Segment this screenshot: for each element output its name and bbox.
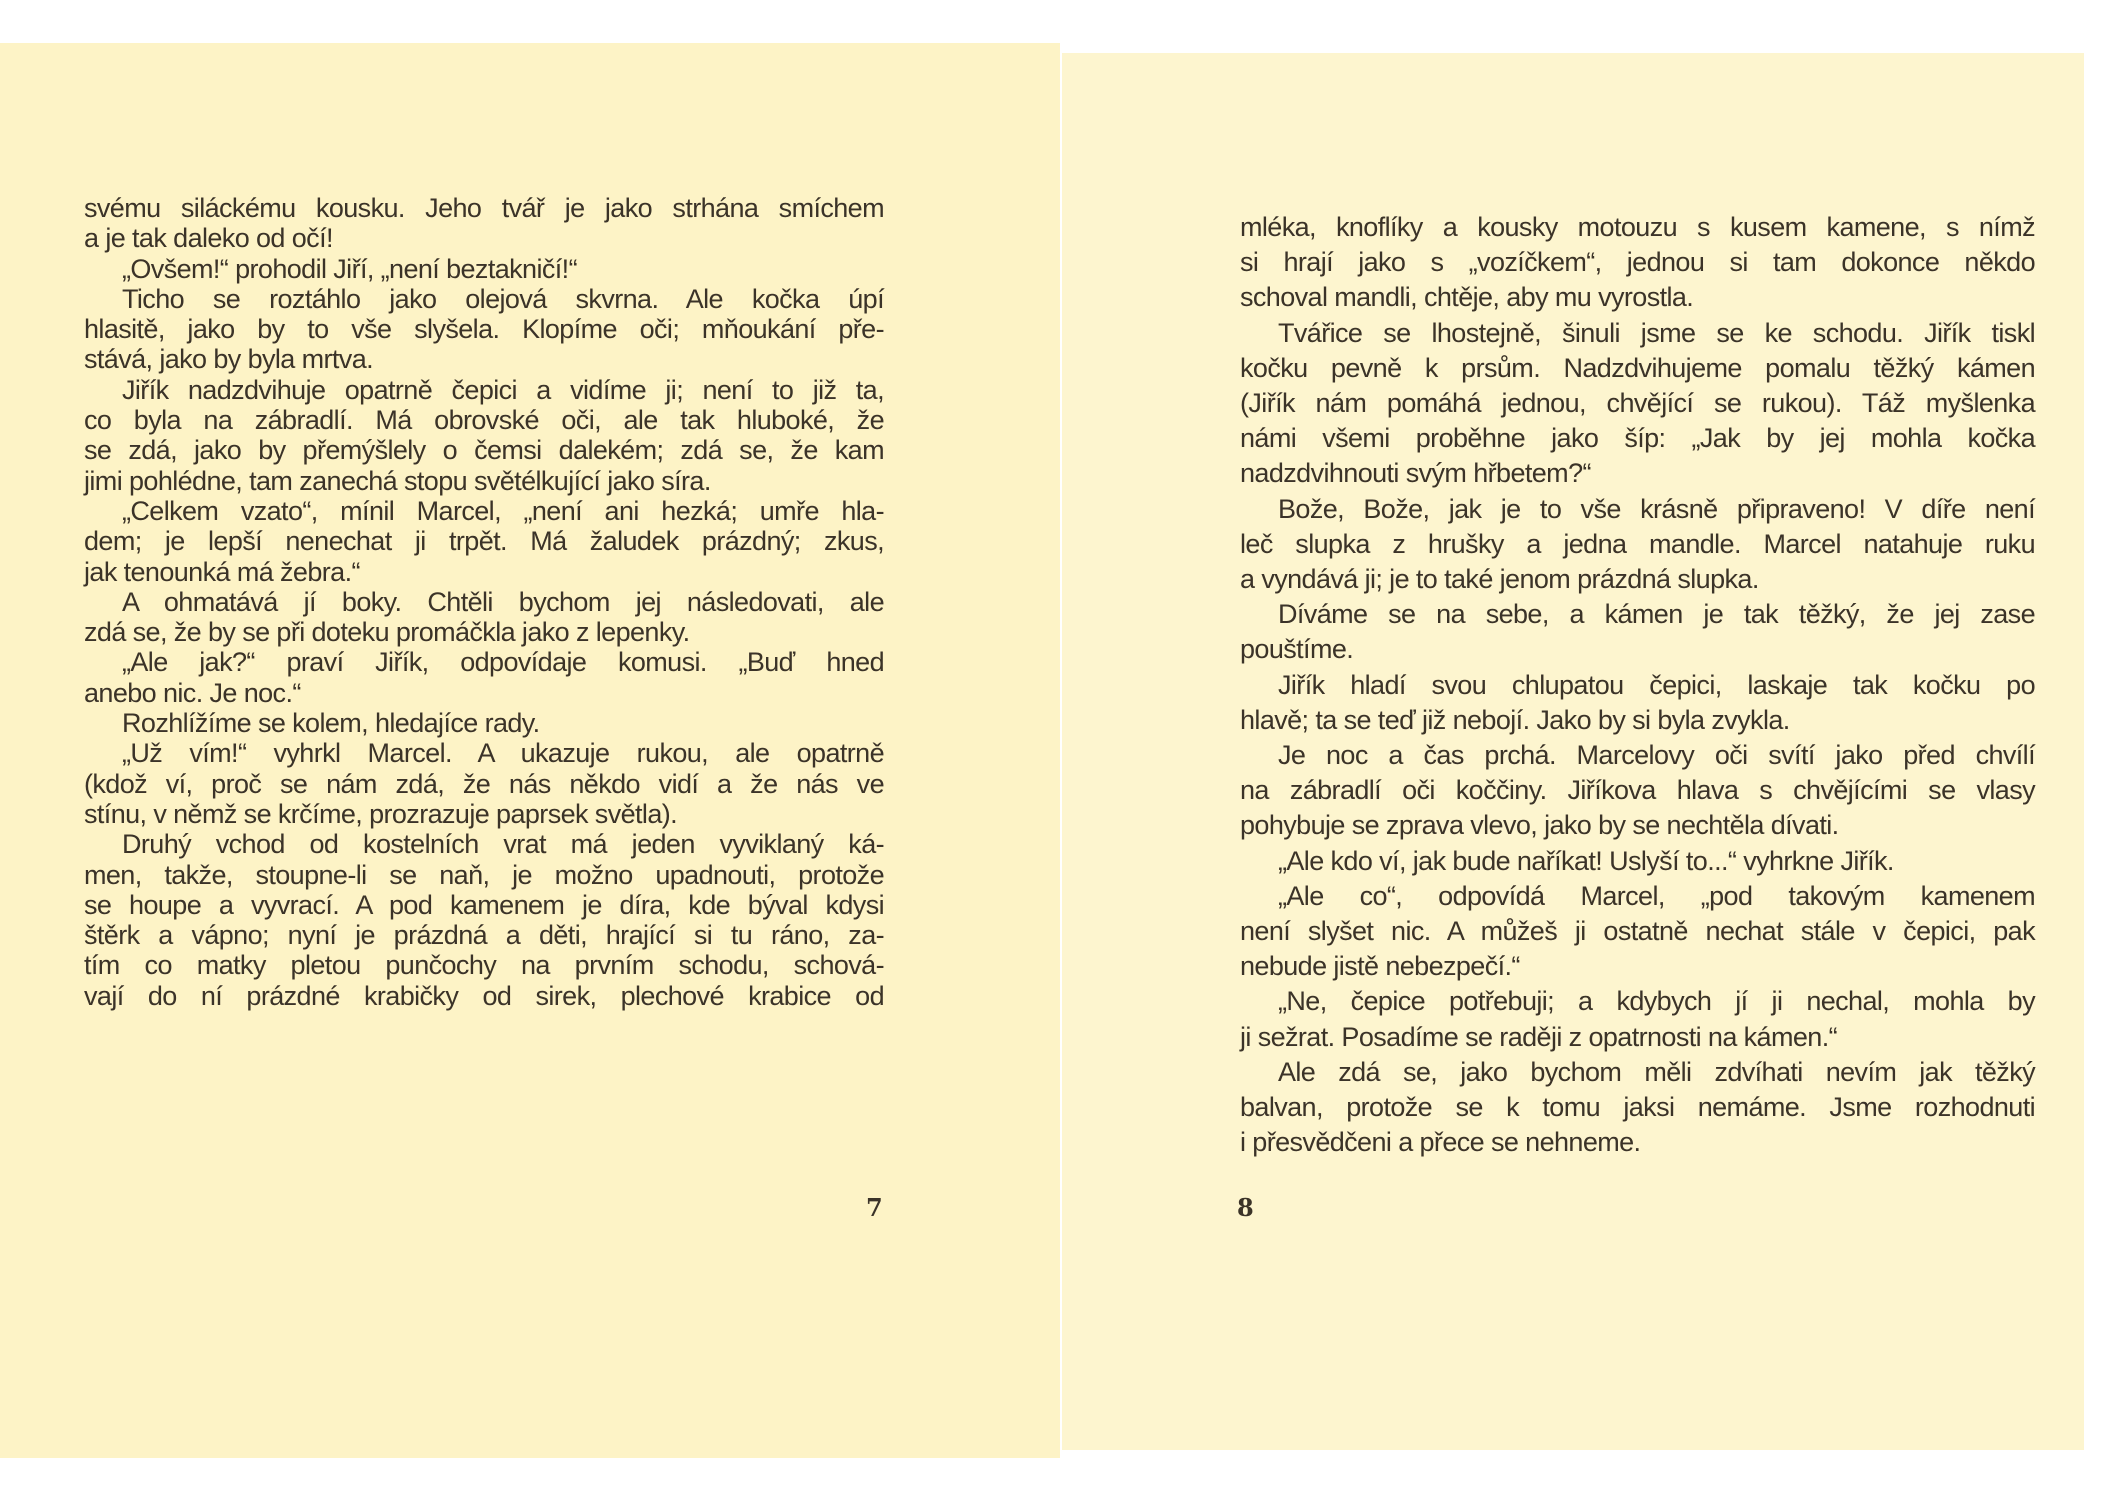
- text-line: „Ale jak?“ praví Jiřík, odpovídaje komus…: [84, 647, 884, 677]
- text-line: mléka, knoflíky a kousky motouzu s kusem…: [1240, 210, 2035, 245]
- text-line: nebude jistě nebezpečí.“: [1240, 949, 2035, 984]
- text-line: i přesvědčeni a přece se nehneme.: [1240, 1125, 2035, 1160]
- text-line: stínu, v němž se krčíme, prozrazuje papr…: [84, 799, 884, 829]
- text-line: „Ne, čepice potřebuji; a kdybych jí ji n…: [1240, 984, 2035, 1019]
- text-line: jimi pohlédne, tam zanechá stopu světélk…: [84, 466, 884, 496]
- text-line: dem; je lepší nenechat ji trpět. Má žalu…: [84, 526, 884, 556]
- text-line: (kdož ví, proč se nám zdá, že nás někdo …: [84, 769, 884, 799]
- text-line: svému siláckému kousku. Jeho tvář je jak…: [84, 193, 884, 223]
- text-line: vají do ní prázdné krabičky od sirek, pl…: [84, 981, 884, 1011]
- text-line: balvan, protože se k tomu jaksi nemáme. …: [1240, 1090, 2035, 1125]
- text-line: Jiřík hladí svou chlupatou čepici, laska…: [1240, 668, 2035, 703]
- text-line: hlasitě, jako by to vše slyšela. Klopíme…: [84, 314, 884, 344]
- text-line: Ale zdá se, jako bychom měli zdvíhati ne…: [1240, 1055, 2035, 1090]
- text-line: námi všemi proběhne jako šíp: „Jak by je…: [1240, 421, 2035, 456]
- text-line: na zábradlí oči koččiny. Jiříkova hlava …: [1240, 773, 2035, 808]
- text-line: a vyndává ji; je to také jenom prázdná s…: [1240, 562, 2035, 597]
- text-line: „Ale co“, odpovídá Marcel, „pod takovým …: [1240, 879, 2035, 914]
- text-line: anebo nic. Je noc.“: [84, 678, 884, 708]
- text-line: se zdá, jako by přemýšlely o čemsi dalek…: [84, 435, 884, 465]
- text-line: se houpe a vyvrací. A pod kamenem je dír…: [84, 890, 884, 920]
- text-line: ji sežrat. Posadíme se raději z opatrnos…: [1240, 1020, 2035, 1055]
- right-page-text: mléka, knoflíky a kousky motouzu s kusem…: [1240, 210, 2035, 1160]
- text-line: hlavě; ta se teď již nebojí. Jako by si …: [1240, 703, 2035, 738]
- text-line: štěrk a vápno; nyní je prázdná a děti, h…: [84, 920, 884, 950]
- text-line: kočku pevně k prsům. Nadzdvihujeme pomal…: [1240, 351, 2035, 386]
- text-line: Tvářice se lhostejně, šinuli jsme se ke …: [1240, 316, 2035, 351]
- text-line: „Ovšem!“ prohodil Jiří, „není beztakničí…: [84, 254, 884, 284]
- text-line: si hrají jako s „vozíčkem“, jednou si ta…: [1240, 245, 2035, 280]
- left-page-text: svému siláckému kousku. Jeho tvář je jak…: [84, 193, 884, 1011]
- text-line: zdá se, že by se při doteku promáčkla ja…: [84, 617, 884, 647]
- text-line: Druhý vchod od kostelních vrat má jeden …: [84, 829, 884, 859]
- text-line: (Jiřík nám pomáhá jednou, chvějící se ru…: [1240, 386, 2035, 421]
- text-line: Jiřík nadzdvihuje opatrně čepici a vidím…: [84, 375, 884, 405]
- text-line: co byla na zábradlí. Má obrovské oči, al…: [84, 405, 884, 435]
- text-line: stává, jako by byla mrtva.: [84, 344, 884, 374]
- text-line: Je noc a čas prchá. Marcelovy oči svítí …: [1240, 738, 2035, 773]
- text-line: není slyšet nic. A můžeš ji ostatně nech…: [1240, 914, 2035, 949]
- text-line: leč slupka z hrušky a jedna mandle. Marc…: [1240, 527, 2035, 562]
- text-line: pouštíme.: [1240, 632, 2035, 667]
- text-line: Díváme se na sebe, a kámen je tak těžký,…: [1240, 597, 2035, 632]
- text-line: pohybuje se zprava vlevo, jako by se nec…: [1240, 808, 2035, 843]
- text-line: jak tenounká má žebra.“: [84, 557, 884, 587]
- text-line: Rozhlížíme se kolem, hledajíce rady.: [84, 708, 884, 738]
- page-number-left: 7: [866, 1193, 883, 1222]
- text-line: Bože, Bože, jak je to vše krásně připrav…: [1240, 492, 2035, 527]
- text-line: nadzdvihnouti svým hřbetem?“: [1240, 456, 2035, 491]
- text-line: „Ale kdo ví, jak bude naříkat! Uslyší to…: [1240, 844, 2035, 879]
- right-page: mléka, knoflíky a kousky motouzu s kusem…: [1062, 53, 2084, 1450]
- text-line: A ohmatává jí boky. Chtěli bychom jej ná…: [84, 587, 884, 617]
- page-number-right: 8: [1237, 1193, 1254, 1222]
- text-line: „Už vím!“ vyhrkl Marcel. A ukazuje rukou…: [84, 738, 884, 768]
- text-line: men, takže, stoupne-li se naň, je možno …: [84, 860, 884, 890]
- text-line: schoval mandli, chtěje, aby mu vyrostla.: [1240, 280, 2035, 315]
- text-line: tím co matky pletou punčochy na prvním s…: [84, 950, 884, 980]
- left-page: svému siláckému kousku. Jeho tvář je jak…: [0, 43, 1060, 1458]
- text-line: a je tak daleko od očí!: [84, 223, 884, 253]
- text-line: Ticho se roztáhlo jako olejová skvrna. A…: [84, 284, 884, 314]
- text-line: „Celkem vzato“, mínil Marcel, „není ani …: [84, 496, 884, 526]
